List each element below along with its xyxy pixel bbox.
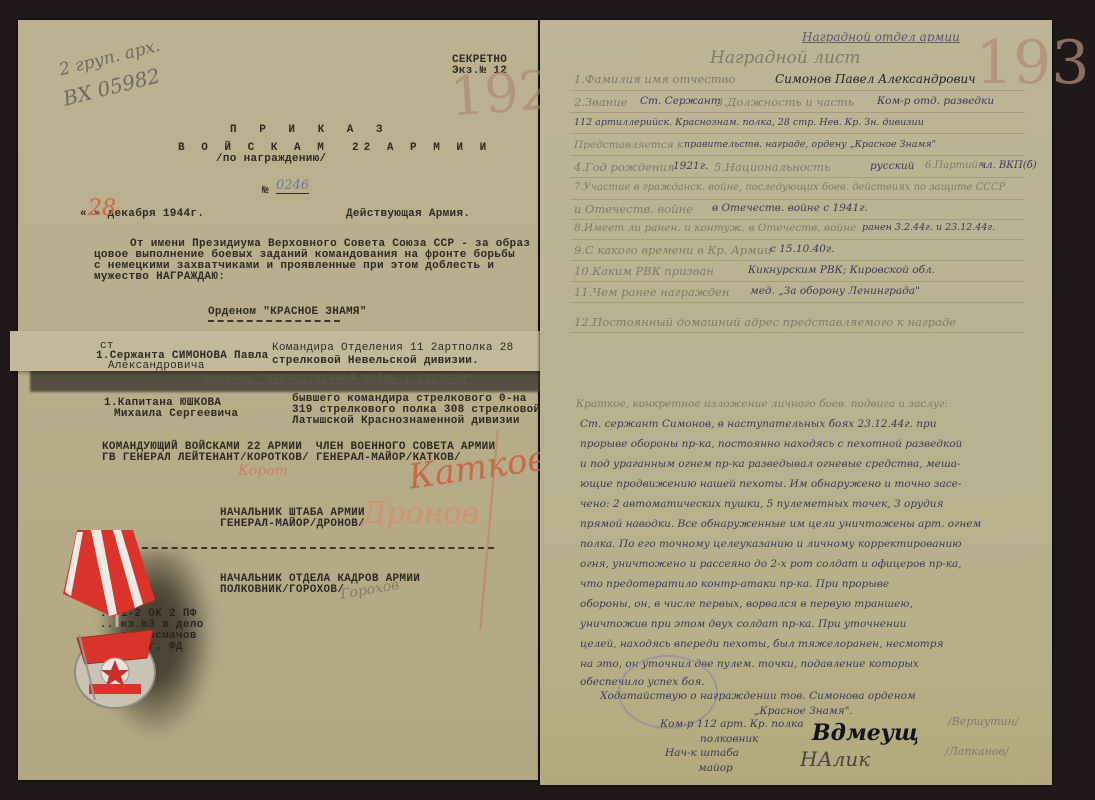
field-9-value: с 15.10.40г. <box>770 243 835 255</box>
narrative-line: Ст. сержант Симонов, в наступательных бо… <box>580 418 937 430</box>
field-3-continued: 112 артиллерийск. Краснознам. полка, 28 … <box>574 117 924 128</box>
order-title: П Р И К А З <box>230 124 391 136</box>
second-recipient-line-2: Михаила Сергеевича <box>114 408 238 420</box>
section-divider <box>132 547 494 549</box>
order-location: Действующая Армия. <box>346 208 470 220</box>
field-10-value: Кикнурским РВК; Кировской обл. <box>748 264 935 276</box>
field-7-label-2: и Отечеств. войне <box>574 202 693 216</box>
ruled-line <box>570 239 1025 240</box>
field-2-value: Ст. Сержант <box>640 95 721 107</box>
ruled-line <box>570 219 1025 220</box>
field-6-value: чл. ВКП(б) <box>980 160 1037 171</box>
field-5-value: русский <box>870 160 914 172</box>
narrative-line: ющие продвижению нашей пехоты. Им обнару… <box>580 478 961 490</box>
order-subtitle-2: /по награждению/ <box>216 153 326 165</box>
narrative-line: и под ураганным огнем пр-ка разведывал о… <box>580 458 961 470</box>
ruled-line <box>570 281 1025 282</box>
ruled-line <box>570 90 1025 91</box>
field-2-label: 2.Звание <box>574 95 627 109</box>
chief-of-staff-signature: НАлик <box>800 747 870 771</box>
narrative-line: что предотвратило контр-атаки пр-ка. При… <box>580 578 889 590</box>
recipient-line-2: Александровича <box>108 360 205 372</box>
preamble-line-4: мужество НАГРАЖДАЮ: <box>94 271 225 283</box>
second-award-heading: Орденом "ОТЕЧЕСТВЕННОЙ ВОЙНЫ 1 СТЕПЕНИ" <box>204 374 473 386</box>
field-11-label: 11.Чем ранее награжден <box>574 285 729 299</box>
field-3-value: Ком-р отд. разведки <box>877 95 994 107</box>
field-6-label: 6.Партийн. <box>925 160 988 171</box>
award-sheet-title: Наградной лист <box>710 48 861 68</box>
signature-dronov: Дронов <box>362 496 479 531</box>
award-heading: Орденом "КРАСНОЕ ЗНАМЯ" <box>208 306 367 318</box>
ruled-line <box>570 112 1025 113</box>
narrative-label: Краткое, конкретное изложение личного бо… <box>576 398 948 410</box>
petition-line-2: „Красное Знамя". <box>754 705 853 717</box>
chief-of-staff-name: /Лапканов/ <box>945 745 1009 758</box>
second-position-3: Латышской Краснознаменной дивизии <box>292 415 520 427</box>
field-5-label: 5.Национальность <box>714 160 830 174</box>
recipient-position-1: Командира Отделения 11 2артполка 28 <box>272 342 514 354</box>
narrative-line: прорыве обороны пр-ка, постоянно находяс… <box>580 438 962 450</box>
order-number-label: № <box>262 185 269 197</box>
petition-line-1: Ходатайствую о награждении тов. Симонова… <box>600 690 916 702</box>
field-1-label: 1.Фамилия имя отчество <box>574 72 735 86</box>
chief-of-staff-title: Нач-к штаба <box>665 747 739 759</box>
ruled-line <box>570 155 1025 156</box>
order-number: 0246 <box>276 178 309 194</box>
field-11-value: мед. „За оборону Ленинграда" <box>750 285 920 297</box>
field-4-label: 4.Год рождения <box>574 160 675 174</box>
commander-rank: полковник <box>700 733 758 745</box>
signature-korotkov: Корот <box>238 463 288 479</box>
narrative-line: обороны, он, в числе первых, ворвался в … <box>580 598 913 610</box>
nomination-value: правительств. награде, ордену „Красное З… <box>684 139 936 150</box>
ruled-line <box>570 260 1025 261</box>
ruled-line <box>570 302 1025 303</box>
commander-title: Ком-р 112 арт. Кр. полка <box>660 718 804 730</box>
header-note: Наградной отдел армии <box>802 30 960 44</box>
narrative-line: прямой наводки. Все обнаруженные им цели… <box>580 518 981 530</box>
heading-rule <box>208 320 340 322</box>
narrative-line: полка. По его точному целеуказанию и лич… <box>580 538 962 550</box>
field-7-label: 7.Участие в гражданск. войне, последующи… <box>574 182 1005 193</box>
chief-of-staff-rank: майор <box>698 762 733 774</box>
field-8-value: ранен 3.2.44г. и 23.12.44г. <box>862 222 995 233</box>
narrative-line: чено: 2 автоматических пушки, 5 пулеметн… <box>580 498 944 510</box>
field-10-label: 10.Каким РВК призван <box>574 264 714 278</box>
ruled-line <box>570 177 1025 178</box>
field-3-label: 3.Должность и часть <box>716 95 854 109</box>
order-date-day: 28 <box>88 196 116 221</box>
ruled-line <box>570 332 1025 333</box>
field-7-value: в Отечеств. войне с 1941г. <box>712 202 868 214</box>
narrative-line: уничтожив при этом двух солдат пр-ка. Пр… <box>580 618 906 630</box>
personnel-title-2: ПОЛКОВНИК/ГОРОХОВ/ <box>220 584 344 596</box>
commander-signature: Вдмеущ <box>812 720 919 746</box>
field-12-label: 12.Постоянный домашний адрес представляе… <box>574 315 956 329</box>
narrative-line: огня, уничтожено и рассеяно до 2-х рот с… <box>580 558 962 570</box>
commander-name: /Вершутин/ <box>948 715 1019 728</box>
field-1-value: Симонов Павел Александрович <box>775 72 976 86</box>
recipient-position-2: стрелковой Невельской дивизии. <box>272 355 479 367</box>
chief-of-staff-title-2: ГЕНЕРАЛ-МАЙОР/ДРОНОВ/ <box>220 518 365 530</box>
narrative-line: целей, находясь впереди пехоты, был тяже… <box>580 638 943 650</box>
field-4-value: 1921г. <box>673 160 708 172</box>
ruled-line <box>570 133 1025 134</box>
field-9-label: 9.С какого времени в Кр. Армии <box>574 243 772 257</box>
order-of-red-banner-medal-icon <box>55 522 165 712</box>
field-8-label: 8.Имеет ли ранен. и контуж. в Отечеств. … <box>574 222 856 234</box>
nomination-label: Представляется к <box>574 139 683 151</box>
page-number-right: 193 <box>975 28 1090 98</box>
ruled-line <box>570 199 1025 200</box>
